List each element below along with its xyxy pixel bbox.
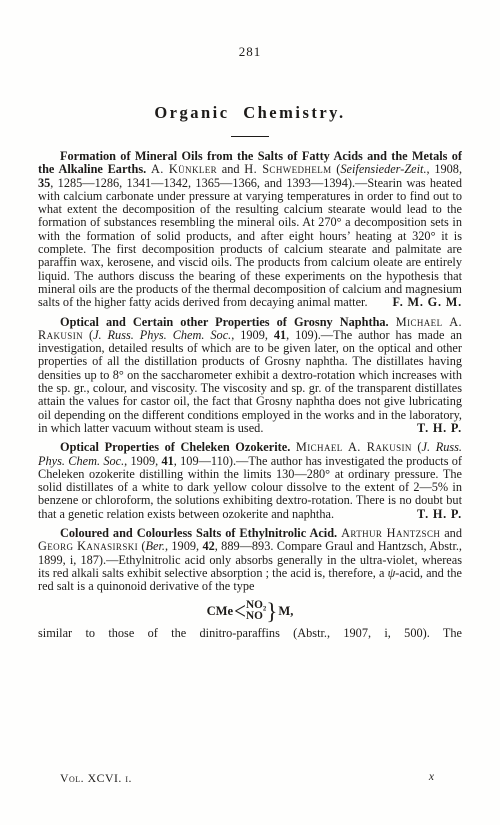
text-segment: H. Schwedhelm — [244, 162, 331, 176]
chemical-formula: CMe<NO₂NO}M, — [38, 600, 462, 623]
text-segment: similar to those of the dinitro-paraffin… — [38, 627, 462, 640]
text-segment: and — [217, 162, 244, 176]
text-segment: Georg Kanasirski — [38, 539, 138, 553]
text-segment: , 1909, — [231, 328, 274, 342]
text-segment: Optical and Certain other Properties of … — [60, 316, 389, 329]
abstract-text: similar to those of the dinitro-paraffin… — [38, 627, 462, 640]
text-segment: and — [440, 527, 462, 540]
close-curly-brace: } — [266, 600, 277, 623]
text-segment: , 1909, — [124, 454, 161, 468]
text-segment: 42 — [202, 539, 214, 553]
text-segment: , 1285—1286, 1341—1342, 1365—1366, and 1… — [38, 176, 462, 310]
text-segment: Coloured and Colourless Salts of Ethylni… — [60, 527, 337, 540]
text-segment: 35 — [38, 176, 50, 190]
text-segment: ( — [83, 328, 93, 342]
page-footer: Vol. XCVI. i. x — [38, 771, 462, 786]
abstract-cheleken-ozokerite: Optical Properties of Cheleken Ozokerite… — [38, 441, 462, 521]
text-segment: J. Russ. Phys. Chem. Soc. — [93, 328, 231, 342]
abstract-text: Optical and Certain other Properties of … — [38, 316, 462, 435]
reviewer-initials: T. H. P. — [395, 508, 462, 521]
formula-stack: NO₂NO — [246, 600, 266, 622]
text-segment: 41 — [274, 328, 286, 342]
reviewer-initials: T. H. P. — [395, 422, 462, 435]
formula-prefix: CMe — [207, 604, 234, 619]
abstract-formation-mineral-oils: Formation of Mineral Oils from the Salts… — [38, 150, 462, 310]
text-segment: Optical Properties of Cheleken Ozokerite… — [60, 441, 290, 454]
abstract-text: Formation of Mineral Oils from the Salts… — [38, 150, 462, 309]
section-divider — [231, 136, 269, 137]
text-segment: Michael A. Rakusin — [296, 441, 412, 454]
text-segment: Arthur Hantzsch — [341, 527, 440, 540]
text-segment: , 1908, — [427, 162, 462, 176]
reviewer-initials: F. M. G. M. — [371, 296, 462, 309]
text-segment: A. Künkler — [151, 162, 217, 176]
formula-suffix: M, — [278, 604, 293, 619]
text-segment: ( — [412, 441, 422, 454]
abstract-text: Coloured and Colourless Salts of Ethylni… — [38, 527, 462, 593]
text-segment: 41 — [161, 454, 173, 468]
text-segment: Seifensieder-Zeit. — [340, 162, 426, 176]
text-segment — [389, 316, 396, 329]
formula-bottom-group: NO — [246, 611, 263, 622]
open-angle-bracket: < — [234, 599, 246, 623]
signature-mark: x — [429, 771, 434, 786]
abstract-continuation: similar to those of the dinitro-paraffin… — [38, 627, 462, 640]
section-title: Organic Chemistry. — [0, 103, 500, 123]
text-segment: , 109).—The author has made an investiga… — [38, 328, 462, 435]
page-number: 281 — [0, 44, 500, 60]
journal-page: 281 Organic Chemistry. Formation of Mine… — [0, 0, 500, 825]
text-segment: ( — [138, 539, 145, 553]
abstract-grosny-naphtha: Optical and Certain other Properties of … — [38, 316, 462, 436]
volume-label: Vol. XCVI. i. — [60, 771, 132, 786]
text-segment: , 1909, — [165, 539, 202, 553]
page-content: Formation of Mineral Oils from the Salts… — [38, 150, 462, 640]
text-segment: Ber. — [146, 539, 165, 553]
abstract-ethylnitrolic-acid: Coloured and Colourless Salts of Ethylni… — [38, 527, 462, 593]
